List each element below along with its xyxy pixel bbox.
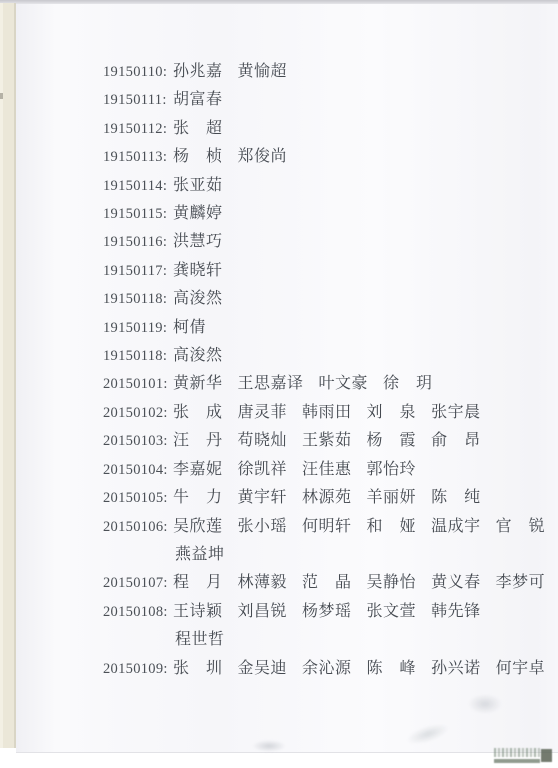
roster-row: 20150101:黄新华王思嘉译叶文豪徐 玥 (103, 370, 545, 398)
roster-row: 20150109:张 圳金吴迪余沁源陈 峰孙兴诺何宇卓 (103, 655, 545, 683)
roster-row: 20150104:李嘉妮徐凯祥汪佳惠郭怡玲 (103, 456, 545, 484)
row-names: 高浚然 (173, 290, 223, 307)
roster-row: 19150118:高浚然 (103, 342, 545, 370)
row-names: 李嘉妮徐凯祥汪佳惠郭怡玲 (173, 461, 416, 478)
student-id: 20150101: (103, 370, 173, 398)
student-id: 20150109: (103, 655, 173, 683)
roster-row: 19150112:张 超 (103, 115, 545, 143)
document-page: 19150110:孙兆嘉黄愉超 19150111:胡富春 19150112:张 … (16, 4, 558, 753)
student-name: 何宇卓 (496, 660, 546, 677)
row-names: 牛 力黄宇轩林源苑羊丽妍陈 纯 (173, 489, 481, 506)
student-name: 吴欣莲 (173, 518, 223, 535)
student-name: 柯倩 (173, 319, 206, 336)
student-name: 羊丽妍 (367, 489, 417, 506)
student-name: 王思嘉译 (238, 375, 304, 392)
student-name: 杨梦瑶 (302, 603, 352, 620)
row-names: 张 超 (173, 120, 223, 137)
student-name: 官 锐 (496, 518, 546, 535)
student-name: 李嘉妮 (173, 461, 223, 478)
student-name: 吴静怡 (367, 574, 417, 591)
roster-row: 20150102:张 成唐灵菲韩雨田刘 泉张宇晨 (103, 399, 545, 427)
student-name: 林薄毅 (238, 574, 288, 591)
paper-edge-mark (0, 93, 3, 99)
row-names: 程 月林薄毅范 晶吴静怡黄义春李梦可 (173, 574, 545, 591)
student-name: 张文萱 (367, 603, 417, 620)
student-name: 范 晶 (302, 574, 352, 591)
paper-left-edge (0, 3, 16, 748)
roster-row: 19150110:孙兆嘉黄愉超 (103, 58, 545, 86)
row-names: 吴欣莲张小瑶何明轩和 娅温成宇官 锐 (173, 518, 545, 535)
student-id: 19150116: (103, 228, 173, 256)
student-name: 王紫茹 (302, 432, 352, 449)
student-name: 汪佳惠 (302, 461, 352, 478)
student-name: 程世哲 (175, 631, 225, 648)
student-name: 张亚茹 (173, 177, 223, 194)
student-name: 金吴迪 (238, 660, 288, 677)
student-name: 陈 纯 (431, 489, 481, 506)
student-name: 王诗颖 (173, 603, 223, 620)
row-names: 胡富春 (173, 91, 223, 108)
row-names: 龚晓轩 (173, 262, 223, 279)
student-name: 徐 玥 (383, 375, 433, 392)
student-id: 19150113: (103, 143, 173, 171)
watermark-text-blur (494, 748, 540, 757)
student-name: 温成宇 (431, 518, 481, 535)
student-name: 程 月 (173, 574, 223, 591)
student-name: 黄新华 (173, 375, 223, 392)
student-id: 19150118: (103, 342, 173, 370)
row-names: 洪慧巧 (173, 233, 223, 250)
student-id: 20150108: (103, 598, 173, 626)
row-names: 杨 桢郑俊尚 (173, 148, 287, 165)
roster-row: 19150119:柯倩 (103, 314, 545, 342)
row-names: 高浚然 (173, 347, 223, 364)
student-name: 黄宇轩 (238, 489, 288, 506)
student-name: 胡富春 (173, 91, 223, 108)
watermark-underline (494, 759, 540, 763)
student-name: 刘 泉 (367, 404, 417, 421)
student-id: 19150118: (103, 285, 173, 313)
row-names: 黄麟婷 (173, 205, 223, 222)
student-name: 黄义春 (431, 574, 481, 591)
row-names: 柯倩 (173, 319, 206, 336)
student-name: 韩雨田 (302, 404, 352, 421)
student-name: 张小瑶 (238, 518, 288, 535)
student-name: 叶文豪 (319, 375, 369, 392)
student-id: 19150115: (103, 200, 173, 228)
roster-row: 19150118:高浚然 (103, 285, 545, 313)
student-id: 20150102: (103, 399, 173, 427)
student-name: 刘昌锐 (238, 603, 288, 620)
roster-list: 19150110:孙兆嘉黄愉超 19150111:胡富春 19150112:张 … (103, 58, 545, 683)
student-id: 20150103: (103, 427, 173, 455)
student-name: 张 圳 (173, 660, 223, 677)
student-name: 张 成 (173, 404, 223, 421)
row-names: 王诗颖刘昌锐杨梦瑶张文萱韩先锋 (173, 603, 481, 620)
student-name: 陈 峰 (367, 660, 417, 677)
student-id: 19150117: (103, 257, 173, 285)
scanned-document: 19150110:孙兆嘉黄愉超 19150111:胡富春 19150112:张 … (0, 0, 558, 768)
student-name: 唐灵菲 (238, 404, 288, 421)
roster-row: 19150115:黄麟婷 (103, 200, 545, 228)
row-names: 张 成唐灵菲韩雨田刘 泉张宇晨 (173, 404, 481, 421)
student-name: 张宇晨 (431, 404, 481, 421)
student-id: 19150119: (103, 314, 173, 342)
student-name: 俞 昂 (431, 432, 481, 449)
student-id: 20150105: (103, 484, 173, 512)
student-id: 19150114: (103, 172, 173, 200)
student-name: 何明轩 (302, 518, 352, 535)
student-id: 19150110: (103, 58, 173, 86)
roster-row: 19150117:龚晓轩 (103, 257, 545, 285)
student-name: 孙兆嘉 (173, 63, 223, 80)
student-id: 20150104: (103, 456, 173, 484)
student-name: 余沁源 (302, 660, 352, 677)
student-name: 高浚然 (173, 347, 223, 364)
student-name: 杨 桢 (173, 148, 223, 165)
student-name: 洪慧巧 (173, 233, 223, 250)
roster-row: 19150116:洪慧巧 (103, 228, 545, 256)
roster-row: 20150105:牛 力黄宇轩林源苑羊丽妍陈 纯 (103, 484, 545, 512)
row-continuation: 燕益坤 (103, 541, 545, 569)
scanner-watermark-icon (494, 748, 552, 763)
student-name: 林源苑 (302, 489, 352, 506)
student-name: 汪 丹 (173, 432, 223, 449)
student-name: 徐凯祥 (238, 461, 288, 478)
student-name: 孙兴诺 (431, 660, 481, 677)
roster-row: 20150103:汪 丹苟晓灿王紫茹杨 霞俞 昂 (103, 427, 545, 455)
student-name: 郑俊尚 (238, 148, 288, 165)
student-name: 张 超 (173, 120, 223, 137)
row-names: 黄新华王思嘉译叶文豪徐 玥 (173, 375, 433, 392)
roster-row: 19150113:杨 桢郑俊尚 (103, 143, 545, 171)
roster-row: 19150114:张亚茹 (103, 172, 545, 200)
row-names: 张亚茹 (173, 177, 223, 194)
student-id: 19150112: (103, 115, 173, 143)
student-name: 高浚然 (173, 290, 223, 307)
student-id: 19150111: (103, 86, 173, 114)
student-name: 牛 力 (173, 489, 223, 506)
student-id: 20150107: (103, 569, 173, 597)
roster-row: 20150106:吴欣莲张小瑶何明轩和 娅温成宇官 锐 燕益坤 (103, 513, 545, 570)
roster-row: 19150111:胡富春 (103, 86, 545, 114)
student-name: 黄麟婷 (173, 205, 223, 222)
roster-row: 20150107:程 月林薄毅范 晶吴静怡黄义春李梦可 (103, 569, 545, 597)
row-names: 汪 丹苟晓灿王紫茹杨 霞俞 昂 (173, 432, 481, 449)
row-names: 张 圳金吴迪余沁源陈 峰孙兴诺何宇卓 (173, 660, 545, 677)
student-name: 黄愉超 (238, 63, 288, 80)
student-name: 李梦可 (496, 574, 546, 591)
row-names: 孙兆嘉黄愉超 (173, 63, 287, 80)
student-id: 20150106: (103, 513, 173, 541)
student-name: 和 娅 (367, 518, 417, 535)
watermark-logo-block (541, 749, 552, 762)
student-name: 郭怡玲 (367, 461, 417, 478)
student-name: 苟晓灿 (238, 432, 288, 449)
student-name: 杨 霞 (367, 432, 417, 449)
roster-row: 20150108:王诗颖刘昌锐杨梦瑶张文萱韩先锋 程世哲 (103, 598, 545, 655)
student-name: 燕益坤 (175, 546, 225, 563)
student-name: 韩先锋 (431, 603, 481, 620)
student-name: 龚晓轩 (173, 262, 223, 279)
row-continuation: 程世哲 (103, 626, 545, 654)
